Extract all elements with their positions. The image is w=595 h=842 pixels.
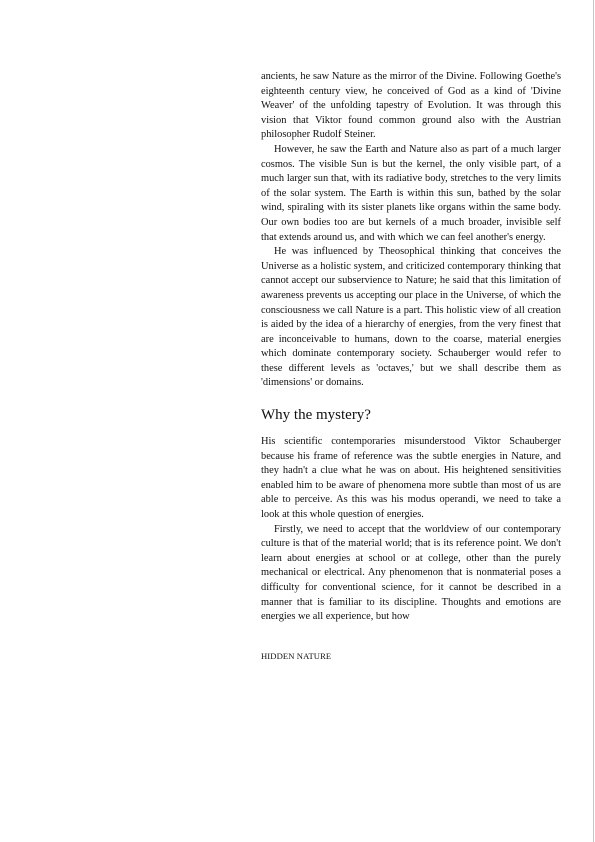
- paragraph: Firstly, we need to accept that the worl…: [261, 523, 561, 625]
- paragraph: ancients, he saw Nature as the mirror of…: [261, 70, 561, 143]
- section-heading: Why the mystery?: [261, 405, 561, 425]
- page-body: ancients, he saw Nature as the mirror of…: [261, 70, 561, 625]
- page-edge-line: [593, 0, 594, 842]
- paragraph: He was influenced by Theosophical thinki…: [261, 245, 561, 391]
- paragraph: However, he saw the Earth and Nature als…: [261, 143, 561, 245]
- running-footer: HIDDEN NATURE: [261, 651, 331, 661]
- paragraph: His scientific contemporaries misunderst…: [261, 435, 561, 523]
